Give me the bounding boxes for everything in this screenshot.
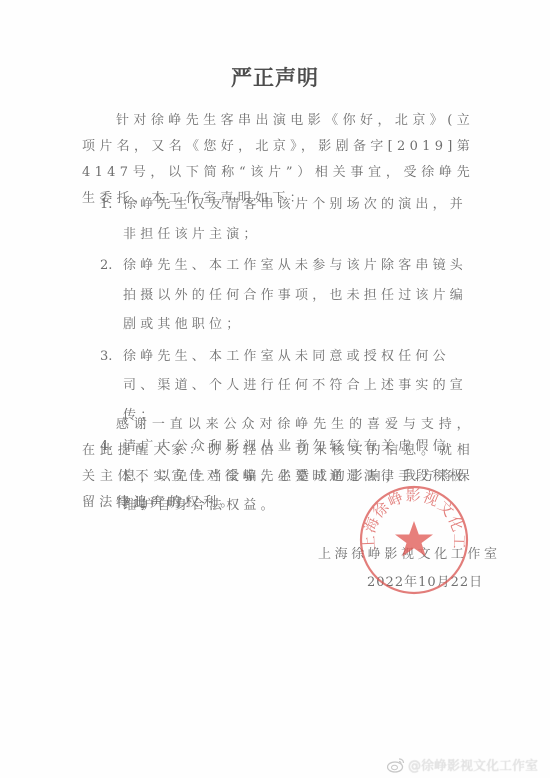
list-item: 1. 徐峥先生仅友情客串该片个别场次的演出，并非担任该片主演； xyxy=(100,190,475,249)
watermark-text: @徐峥影视文化工作室 xyxy=(408,755,538,774)
list-number: 1. xyxy=(100,190,112,220)
list-text: 徐峥先生仅友情客串该片个别场次的演出，并非担任该片主演； xyxy=(123,197,467,242)
statement-page: 严正声明 针对徐峥先生客串出演电影《你好，北京》(立项片名，又名《您好，北京》，… xyxy=(0,0,550,778)
list-text: 徐峥先生、本工作室从未参与该片除客串镜头拍摄以外的任何合作事项，也未担任过该片编… xyxy=(123,258,467,332)
list-item: 2. 徐峥先生、本工作室从未参与该片除客串镜头拍摄以外的任何合作事项，也未担任过… xyxy=(100,251,475,340)
closing-text: 特此声明！ xyxy=(116,492,201,511)
weibo-icon xyxy=(387,757,405,773)
page-title: 严正声明 xyxy=(0,62,550,92)
date: 2022年10月22日 xyxy=(367,571,483,590)
weibo-watermark: @徐峥影视文化工作室 xyxy=(387,755,538,774)
signature: 上海徐峥影视文化工作室 xyxy=(318,543,501,562)
list-number: 3. xyxy=(100,342,112,372)
list-number: 2. xyxy=(100,251,112,281)
